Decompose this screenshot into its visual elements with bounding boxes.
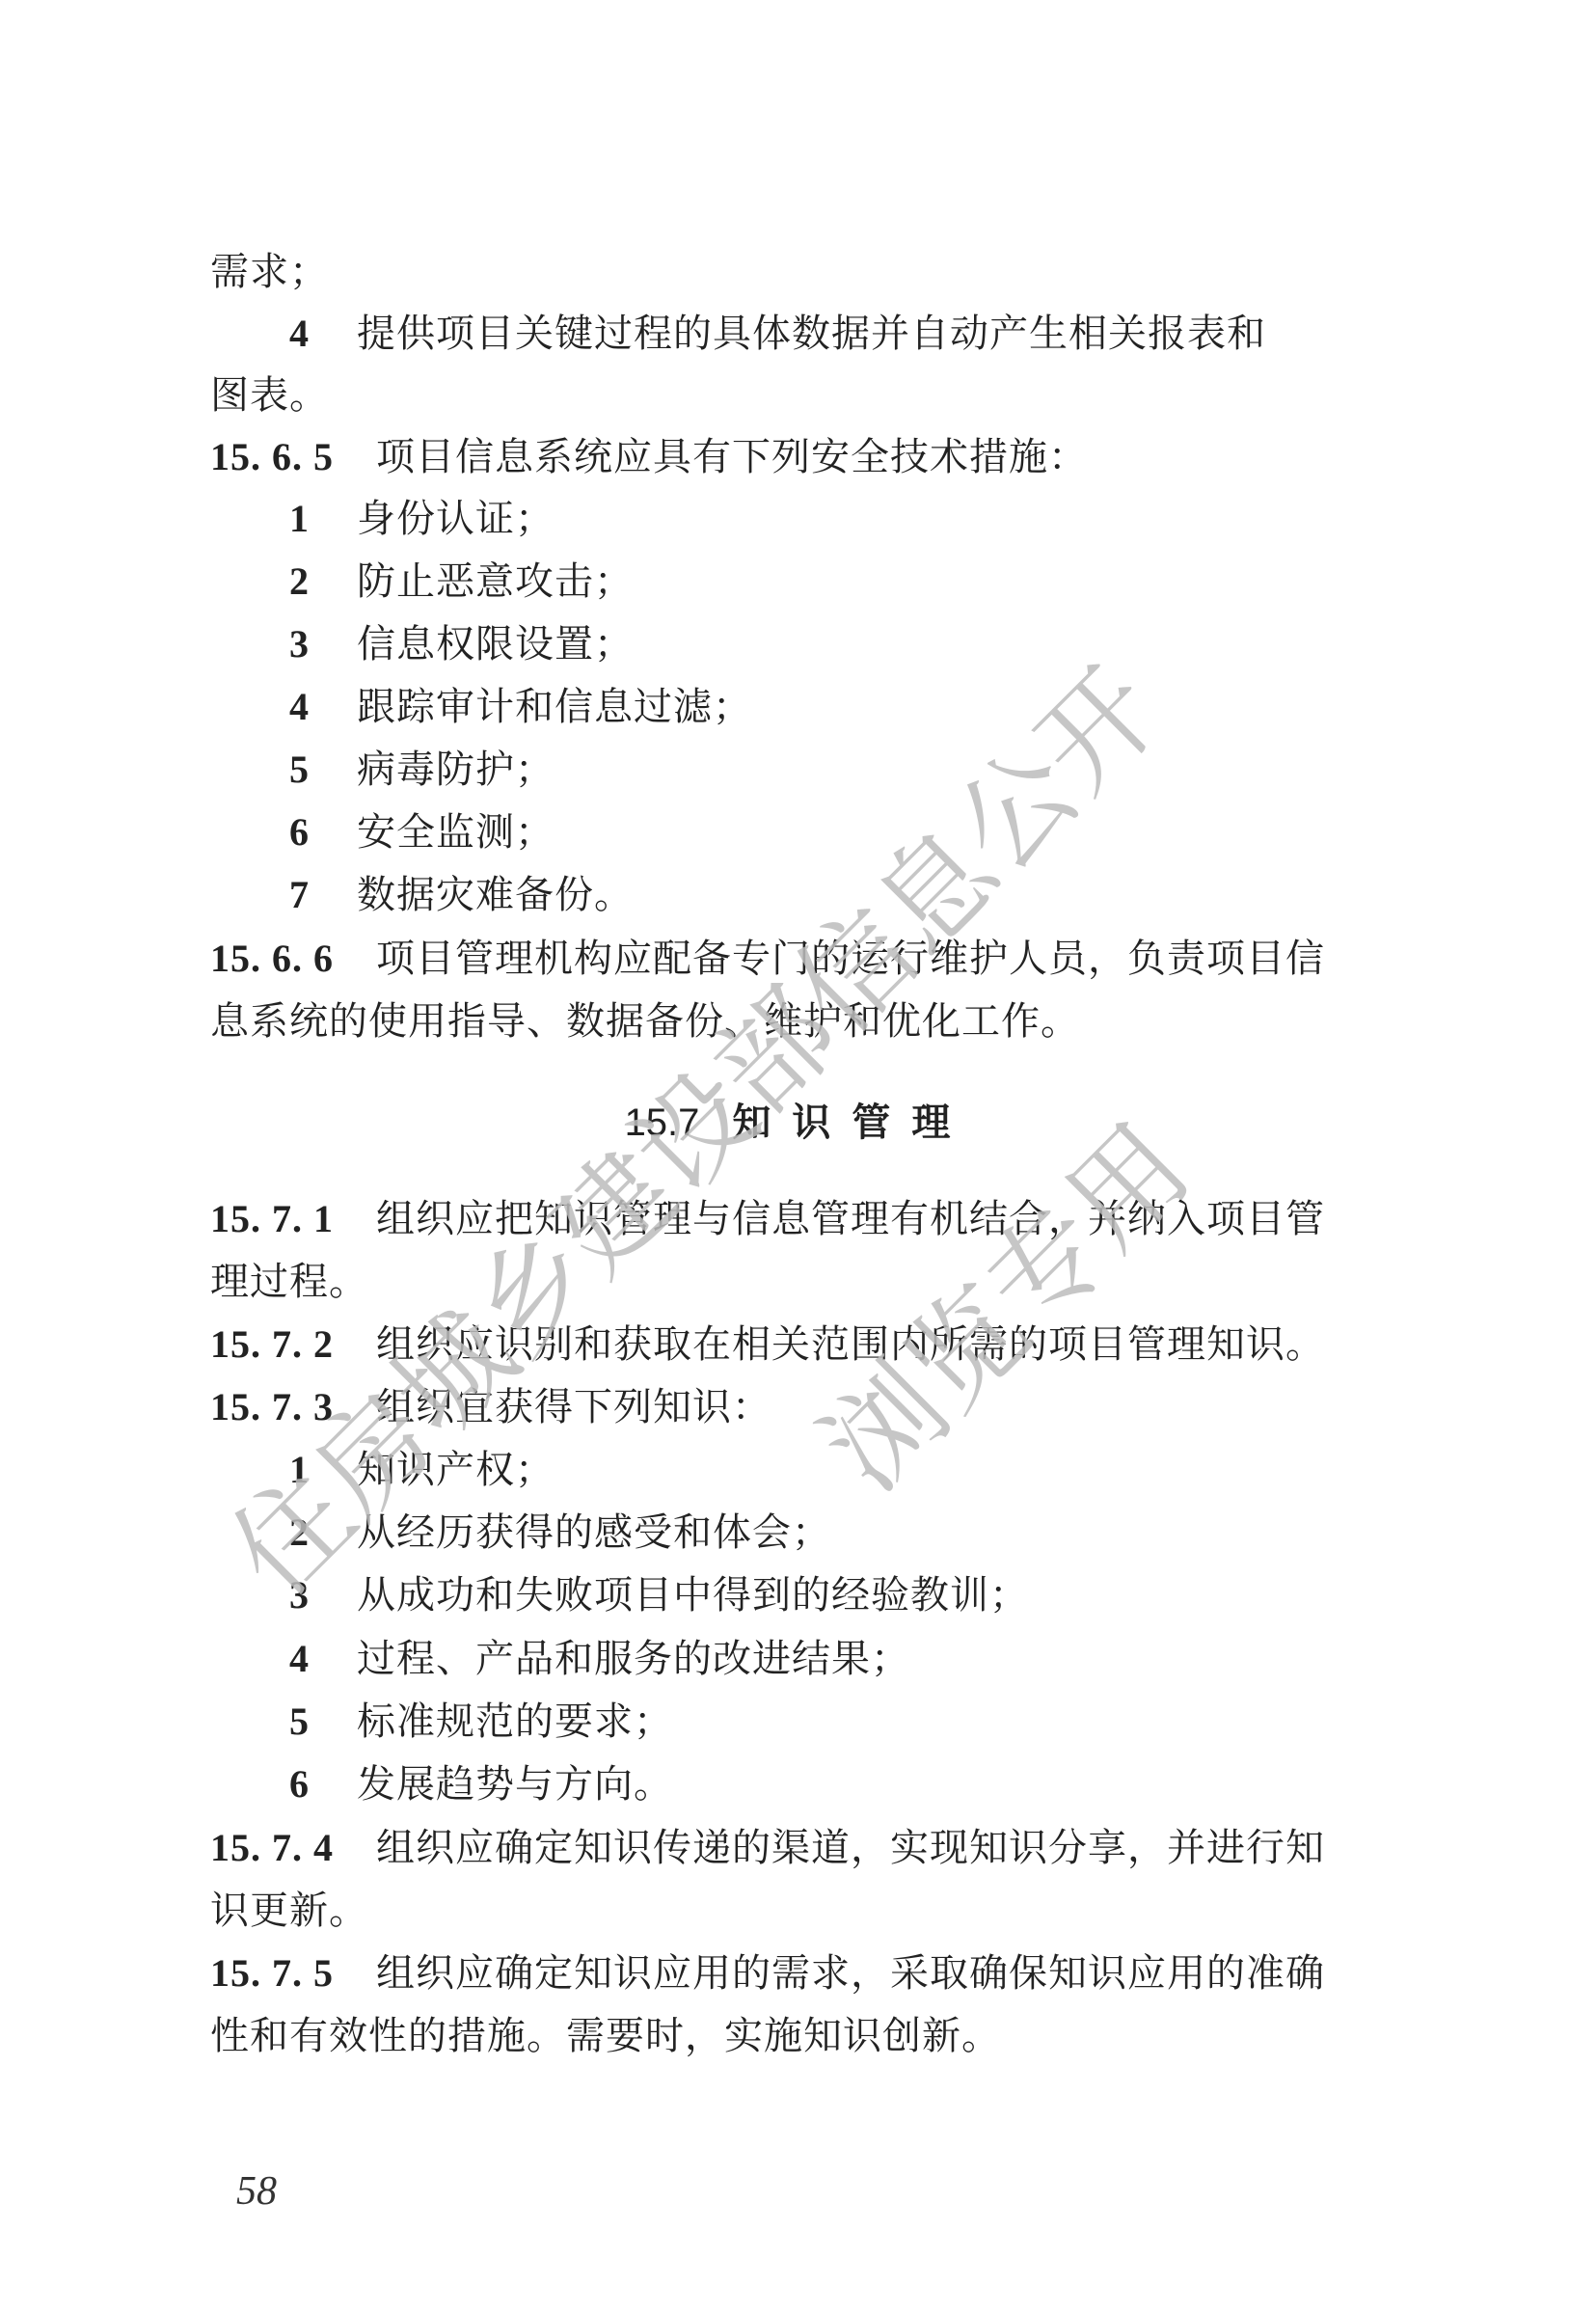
list-item-number: 2 xyxy=(289,558,309,605)
list-item-number: 5 xyxy=(289,747,309,793)
continuation-text: 需求； xyxy=(210,249,329,295)
clause-continuation: 识更新。 xyxy=(210,1888,368,1934)
clause-text: 组织应确定知识传递的渠道，实现知识分享，并进行知 xyxy=(376,1826,1325,1870)
section-number: 15.7 xyxy=(625,1101,700,1144)
clause-15-7-1: 15. 7. 1组织应把知识管理与信息管理有机结合，并纳入项目管 xyxy=(210,1196,1325,1242)
clause-number: 15. 7. 1 xyxy=(210,1196,376,1242)
clause-continuation: 息系统的使用指导、数据备份、维护和优化工作。 xyxy=(210,998,1080,1045)
clause-text: 项目管理机构应配备专门的运行维护人员，负责项目信 xyxy=(376,937,1325,981)
list-item-text: 发展趋势与方向。 xyxy=(357,1761,673,1808)
list-item-text: 信息权限设置； xyxy=(357,621,634,667)
list-item-number: 1 xyxy=(289,496,309,542)
clause-continuation: 性和有效性的措施。需要时，实施知识创新。 xyxy=(210,2013,1001,2059)
clause-15-7-5: 15. 7. 5组织应确定知识应用的需求，采取确保知识应用的准确 xyxy=(210,1950,1325,1997)
list-item-text: 过程、产品和服务的改进结果； xyxy=(357,1636,910,1682)
list-item-number: 1 xyxy=(289,1447,309,1493)
list-item-number: 4 xyxy=(289,1636,309,1682)
continuation-text: 图表。 xyxy=(210,372,329,419)
list-item-number: 3 xyxy=(289,621,309,667)
list-item-text: 安全监测； xyxy=(357,809,555,856)
list-item-number: 6 xyxy=(289,809,309,856)
list-item-text: 从经历获得的感受和体会； xyxy=(357,1509,831,1556)
list-item-text: 提供项目关键过程的具体数据并自动产生相关报表和 xyxy=(357,311,1266,357)
list-item-text: 从成功和失败项目中得到的经验教训； xyxy=(357,1572,1029,1618)
clause-15-6-6: 15. 6. 6项目管理机构应配备专门的运行维护人员，负责项目信 xyxy=(210,936,1325,982)
document-page: 需求； 4 提供项目关键过程的具体数据并自动产生相关报表和 图表。 15. 6.… xyxy=(0,0,1596,2311)
clause-text: 组织应识别和获取在相关范围内所需的项目管理知识。 xyxy=(376,1322,1325,1367)
clause-text: 组织应确定知识应用的需求，采取确保知识应用的准确 xyxy=(376,1951,1325,1996)
list-item-number: 6 xyxy=(289,1761,309,1808)
clause-number: 15. 7. 5 xyxy=(210,1950,376,1997)
clause-15-7-4: 15. 7. 4组织应确定知识传递的渠道，实现知识分享，并进行知 xyxy=(210,1825,1325,1871)
clause-number: 15. 7. 4 xyxy=(210,1825,376,1871)
list-item-text: 防止恶意攻击； xyxy=(357,558,634,605)
section-title: 知识管理 xyxy=(732,1101,971,1145)
clause-text: 组织宜获得下列知识： xyxy=(376,1385,771,1429)
clause-15-6-5: 15. 6. 5项目信息系统应具有下列安全技术措施： xyxy=(210,434,1088,480)
clause-text: 组织应把知识管理与信息管理有机结合，并纳入项目管 xyxy=(376,1197,1325,1241)
list-item-text: 病毒防护； xyxy=(357,747,555,793)
list-item-text: 跟踪审计和信息过滤； xyxy=(357,684,752,730)
list-item-text: 标准规范的要求； xyxy=(357,1699,673,1745)
clause-number: 15. 7. 3 xyxy=(210,1384,376,1430)
clause-text: 项目信息系统应具有下列安全技术措施： xyxy=(376,435,1088,479)
section-heading: 15.7知识管理 xyxy=(0,1100,1596,1146)
page-number: 58 xyxy=(236,2168,277,2215)
list-item-number: 2 xyxy=(289,1509,309,1556)
list-item-number: 4 xyxy=(289,684,309,730)
clause-number: 15. 6. 6 xyxy=(210,936,376,982)
clause-15-7-2: 15. 7. 2组织应识别和获取在相关范围内所需的项目管理知识。 xyxy=(210,1321,1325,1368)
list-item-text: 知识产权； xyxy=(357,1447,555,1493)
list-item-number: 7 xyxy=(289,872,309,918)
clause-15-7-3: 15. 7. 3组织宜获得下列知识： xyxy=(210,1384,771,1430)
clause-number: 15. 7. 2 xyxy=(210,1321,376,1368)
list-item-number: 5 xyxy=(289,1699,309,1745)
list-item-number: 4 xyxy=(289,311,309,357)
clause-number: 15. 6. 5 xyxy=(210,434,376,480)
list-item-text: 数据灾难备份。 xyxy=(357,872,634,918)
list-item-text: 身份认证； xyxy=(357,496,555,542)
watermark-line-2: 浏览专用 xyxy=(781,1081,1219,1519)
clause-continuation: 理过程。 xyxy=(210,1259,368,1305)
list-item-number: 3 xyxy=(289,1572,309,1618)
